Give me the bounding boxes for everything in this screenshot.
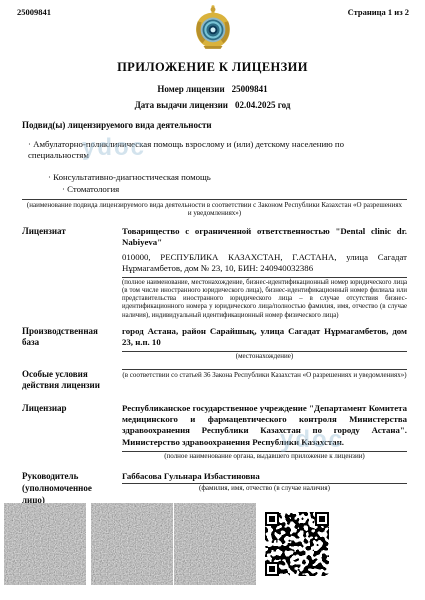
production-base-value: город Астана, район Сарайшық, улица Сага… [122,326,407,349]
subtype-item: Амбулаторно-поликлиническая помощь взрос… [28,139,407,162]
head-official-row: Руководитель (уполномоченное лицо) Габба… [22,471,407,506]
head-official-label: Руководитель (уполномоченное лицо) [22,471,122,506]
licensor-value-wrap: Республиканское государственное учрежден… [122,403,407,460]
production-base-value-wrap: город Астана, район Сарайшық, улица Сага… [122,326,407,361]
kazakhstan-emblem-icon [194,4,232,57]
production-base-row: Производственная база город Астана, райо… [22,326,407,361]
licensee-caption: (полное наименование, местонахождение, б… [122,279,407,320]
licensor-caption: (полное наименование органа, выдавшего п… [122,452,407,460]
divider-line [122,277,407,278]
special-conditions-value-wrap: (в соответствии со статьей 36 Закона Рес… [122,369,407,379]
subtypes-heading: Подвид(ы) лицензируемого вида деятельнос… [22,120,407,132]
licensee-address: 010000, РЕСПУБЛИКА КАЗАХСТАН, Г.АСТАНА, … [122,252,407,275]
issue-date-value: 02.04.2025 год [235,100,290,110]
special-conditions-caption: (в соответствии со статьей 36 Закона Рес… [122,371,407,379]
datamatrix-code-block [91,503,173,585]
head-official-caption: (фамилия, имя, отчество (в случае наличи… [122,484,407,492]
document-title: ПРИЛОЖЕНИЕ К ЛИЦЕНЗИИ [0,60,425,75]
datamatrix-code-block [174,503,256,585]
licensor-value: Республиканское государственное учрежден… [122,403,407,448]
datamatrix-code-block [4,503,86,585]
page-indicator: Страница 1 из 2 [348,7,409,17]
license-number-line: Номер лицензии25009841 [0,84,425,94]
head-official-value-wrap: Габбасова Гульнара Избастиновна (фамилия… [122,471,407,493]
subtype-item: Консультативно-диагностическая помощь [48,172,407,183]
special-conditions-label: Особые условия действия лицензии [22,369,122,392]
machine-codes-strip [0,503,425,588]
licensee-name: Товарищество с ограниченной ответственно… [122,226,407,249]
subtypes-caption: (наименование подвида лицензируемого вид… [22,200,407,218]
document-number-header: 25009841 [17,7,51,17]
head-official-label-line1: Руководитель [22,471,116,483]
issue-date-line: Дата выдачи лицензии02.04.2025 год [0,100,425,110]
subtype-item: Стоматология [62,184,407,195]
licensee-value: Товарищество с ограниченной ответственно… [122,226,407,320]
production-base-caption: (местонахождение) [122,352,407,360]
licensor-row: Лицензиар Республиканское государственно… [22,403,407,460]
license-appendix-page: 25009841 Страница 1 из 2 ПРИЛОЖЕНИЕ К ЛИ… [0,0,425,600]
licensee-row: Лицензиат Товарищество с ограниченной от… [22,226,407,320]
licensor-label: Лицензиар [22,403,122,415]
production-base-label: Производственная база [22,326,122,349]
license-number-value: 25009841 [232,84,268,94]
document-body: Подвид(ы) лицензируемого вида деятельнос… [22,120,407,506]
qr-code [263,510,331,578]
special-conditions-row: Особые условия действия лицензии (в соот… [22,369,407,392]
license-number-label: Номер лицензии [157,84,224,94]
issue-date-label: Дата выдачи лицензии [135,100,228,110]
head-official-name: Габбасова Гульнара Избастиновна [122,471,407,484]
licensee-label: Лицензиат [22,226,122,238]
